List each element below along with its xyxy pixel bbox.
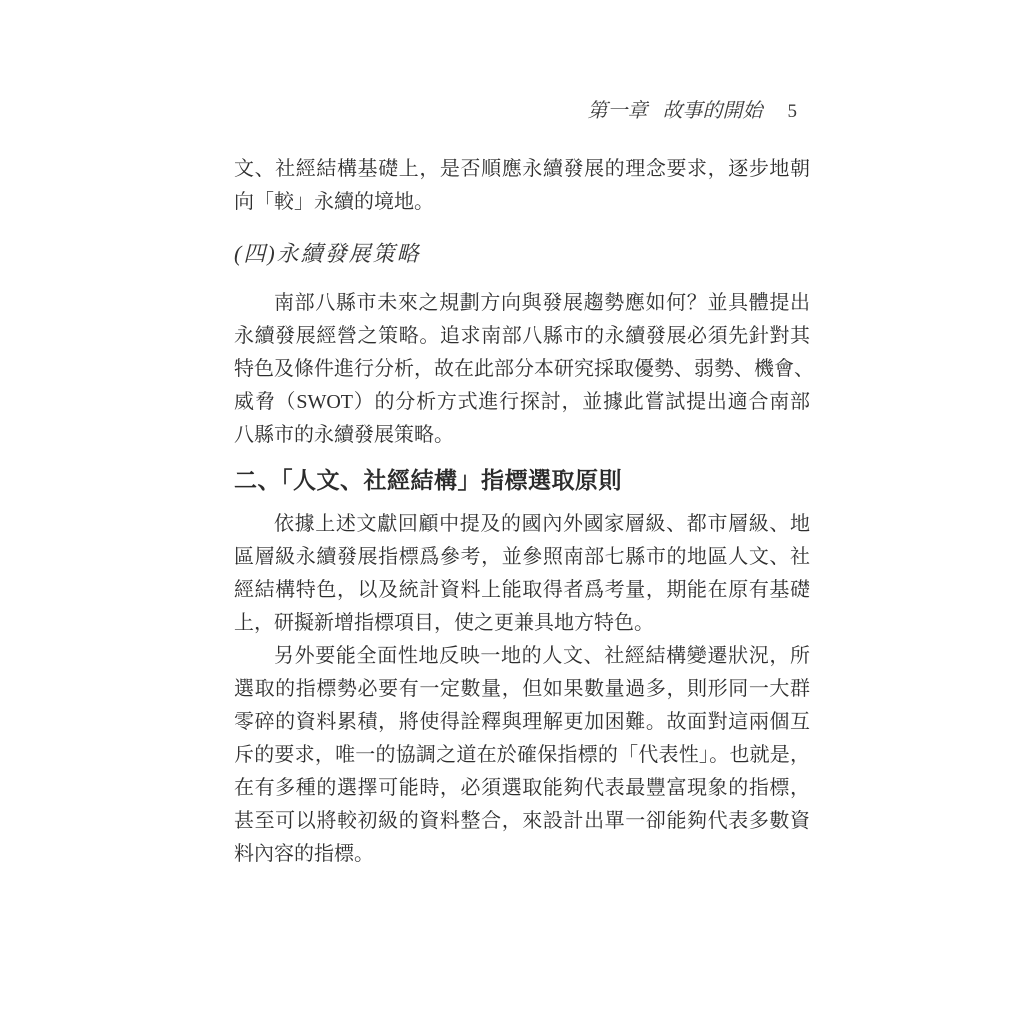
- text-line: 甚至可以將較初級的資料整合，來設計出單一卻能夠代表多數資: [234, 805, 810, 838]
- page-header: 第一章 故事的開始 5: [588, 98, 798, 125]
- text-line: 上，研擬新增指標項目，使之更兼具地方特色。: [234, 607, 810, 640]
- chapter-title: 故事的開始: [663, 98, 763, 124]
- text-line: 文、社經結構基礎上，是否順應永續發展的理念要求，逐步地朝: [234, 153, 810, 186]
- text-line: 南部八縣市未來之規劃方向與發展趨勢應如何？並具體提出: [234, 287, 810, 320]
- page-body: 文、社經結構基礎上，是否順應永續發展的理念要求，逐步地朝向「較」永續的境地。 (…: [234, 153, 810, 871]
- text-line: 區層級永續發展指標爲參考，並參照南部七縣市的地區人文、社: [234, 541, 810, 574]
- text-line: 零碎的資料累積，將使得詮釋與理解更加困難。故面對這兩個互: [234, 706, 810, 739]
- text-line: 威脅（SWOT）的分析方式進行探討，並據此嘗試提出適合南部: [234, 386, 810, 419]
- text-line: 向「較」永續的境地。: [234, 186, 810, 219]
- paragraph-indicator-representativeness: 另外要能全面性地反映一地的人文、社經結構變遷狀況，所選取的指標勢必要有一定數量，…: [234, 640, 810, 871]
- text-line: 料內容的指標。: [234, 838, 810, 871]
- text-line: 永續發展經營之策略。追求南部八縣市的永續發展必須先針對其: [234, 320, 810, 353]
- page-number: 5: [788, 99, 798, 125]
- text-line: 斥的要求，唯一的協調之道在於確保指標的「代表性」。也就是，: [234, 739, 810, 772]
- paragraph-intro: 文、社經結構基礎上，是否順應永續發展的理念要求，逐步地朝向「較」永續的境地。: [234, 153, 810, 219]
- text-line: 八縣市的永續發展策略。: [234, 419, 810, 452]
- text-line: 特色及條件進行分析，故在此部分本研究採取優勢、弱勢、機會、: [234, 353, 810, 386]
- text-line: 依據上述文獻回顧中提及的國內外國家層級、都市層級、地: [234, 508, 810, 541]
- text-line: 經結構特色，以及統計資料上能取得者爲考量，期能在原有基礎: [234, 574, 810, 607]
- chapter-label: 第一章: [588, 98, 648, 124]
- paragraph-strategy: 南部八縣市未來之規劃方向與發展趨勢應如何？並具體提出永續發展經營之策略。追求南部…: [234, 287, 810, 452]
- text-line: 在有多種的選擇可能時，必須選取能夠代表最豐富現象的指標，: [234, 772, 810, 805]
- section-heading-indicator-selection: 二、「人文、社經結構」指標選取原則: [234, 462, 810, 498]
- book-page: 第一章 故事的開始 5 文、社經結構基礎上，是否順應永續發展的理念要求，逐步地朝…: [0, 0, 1024, 1024]
- section-heading-sustainable-strategy: (四)永續發展策略: [234, 237, 810, 270]
- text-line: 另外要能全面性地反映一地的人文、社經結構變遷狀況，所: [234, 640, 810, 673]
- text-line: 選取的指標勢必要有一定數量，但如果數量過多，則形同一大群: [234, 673, 810, 706]
- paragraph-indicator-basis: 依據上述文獻回顧中提及的國內外國家層級、都市層級、地區層級永續發展指標爲參考，並…: [234, 508, 810, 640]
